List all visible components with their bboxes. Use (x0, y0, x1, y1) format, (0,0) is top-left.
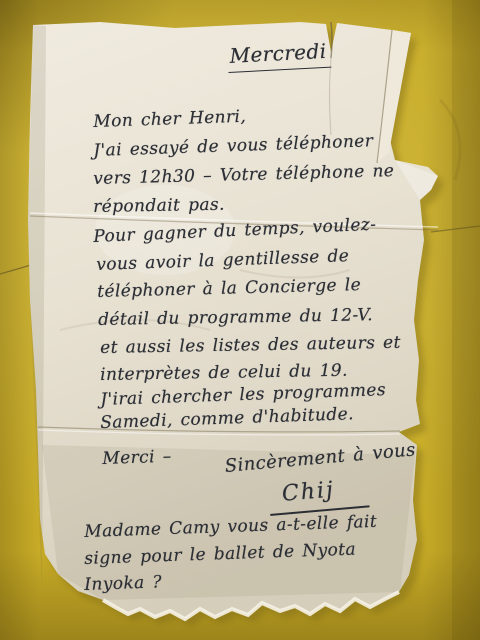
date-line: Mercredi (227, 39, 331, 73)
letter-line: Merci – (102, 447, 172, 469)
signature: Chij (281, 477, 336, 507)
pencil-line-left (0, 265, 31, 274)
backdrop-fold-shade (452, 0, 480, 640)
ps-line: Inyoka ? (84, 572, 162, 595)
letter-line: répondait pas. (93, 195, 225, 217)
letter-photo: Mercredi Mon cher Henri, J'ai essayé de … (0, 0, 480, 640)
date-text: Mercredi (227, 39, 331, 73)
